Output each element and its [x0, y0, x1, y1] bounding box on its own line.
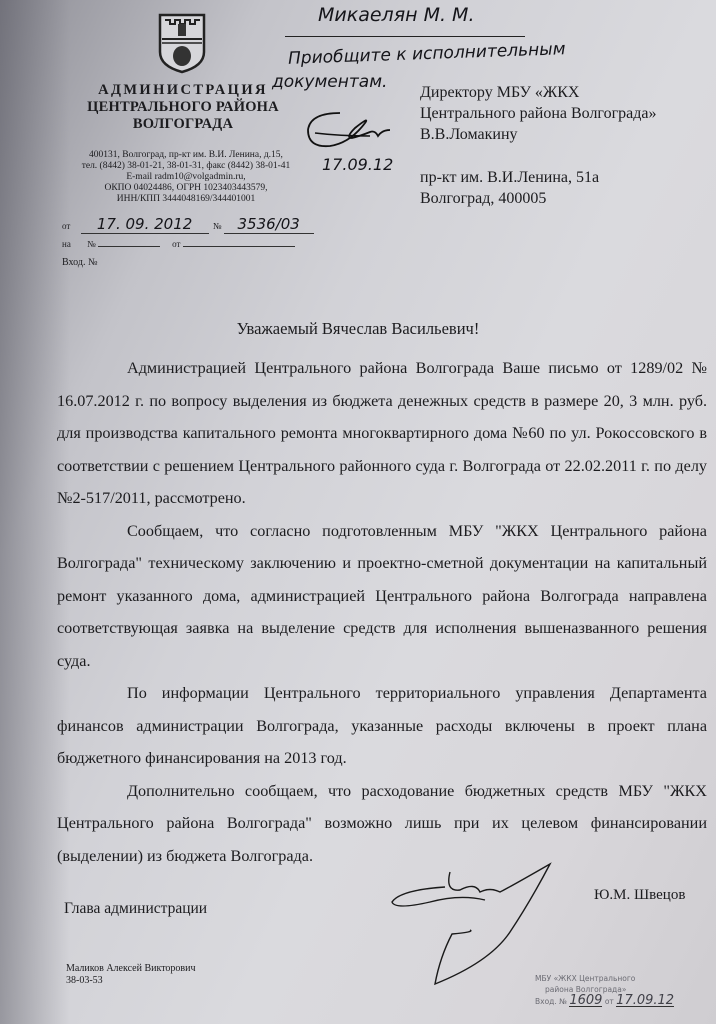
resolution-date: 17.09.12 — [322, 155, 393, 174]
resolution-text-line1: Приобщите к исполнительным — [288, 39, 566, 69]
number-label: № — [213, 221, 222, 231]
incoming-label: Вход. № — [62, 257, 98, 268]
stamp-incoming-label: Вход. № — [535, 997, 567, 1006]
signatory-title: Глава администрации — [64, 900, 207, 918]
reply-to-registration: на № от — [62, 236, 342, 254]
org-name-line: ЦЕНТРАЛЬНОГО РАЙОНА — [78, 99, 288, 116]
resolution-text-line2: документам. — [272, 72, 387, 92]
letter-body: Администрацией Центрального района Волго… — [57, 352, 707, 872]
addressee-block: Директору МБУ «ЖКХ Центрального района В… — [420, 82, 710, 209]
resolution-signature-icon — [300, 108, 405, 153]
contact-address: 400131, Волгоград, пр-кт им. В.И. Ленина… — [62, 150, 310, 161]
paragraph: Сообщаем, что согласно подготовленным МБ… — [57, 515, 707, 678]
on-number-label: № — [87, 239, 96, 249]
stamp-org-line: МБУ «ЖКХ Центрального — [535, 973, 674, 984]
addressee-line: Центрального района Волгограда» — [420, 103, 710, 124]
stamp-number: 1609 — [569, 995, 602, 1007]
on-label: на — [62, 239, 71, 249]
organization-contacts: 400131, Волгоград, пр-кт им. В.И. Ленина… — [62, 150, 310, 205]
paragraph: По информации Центрального территориальн… — [57, 677, 707, 775]
stamp-from-label: от — [605, 997, 614, 1006]
contact-okpo-ogrn: ОКПО 04024486, ОГРН 1023403443579, — [62, 183, 310, 194]
outgoing-date: 17. 09. 2012 — [81, 215, 209, 234]
coat-of-arms-icon — [157, 12, 207, 74]
salutation: Уважаемый Вячеслав Васильевич! — [0, 319, 716, 339]
contact-email: E-mail radm10@volgadmin.ru, — [62, 172, 310, 183]
org-name-line: ВОЛГОГРАДА — [78, 116, 288, 133]
paragraph: Администрацией Центрального района Волго… — [57, 352, 707, 515]
on-from-label: от — [172, 239, 180, 249]
resolution-recipient: Микаелян М. М. — [318, 4, 475, 26]
paragraph: Дополнительно сообщаем, что расходование… — [57, 775, 707, 873]
from-label: от — [62, 221, 70, 231]
addressee-address-line: Волгоград, 400005 — [420, 188, 710, 209]
outgoing-registration: от 17. 09. 2012 № 3536/03 — [62, 215, 342, 235]
resolution-divider — [285, 36, 525, 37]
contact-inn-kpp: ИНН/КПП 3444048169/344401001 — [62, 194, 310, 205]
organization-name: АДМИНИСТРАЦИЯ ЦЕНТРАЛЬНОГО РАЙОНА ВОЛГОГ… — [78, 82, 288, 133]
contact-phones: тел. (8442) 38-01-21, 38-01-31, факс (84… — [62, 161, 310, 172]
on-date-blank — [183, 236, 295, 247]
addressee-line: В.В.Ломакину — [420, 124, 710, 145]
executor-phone: 38-03-53 — [66, 975, 196, 987]
addressee-address-line: пр-кт им. В.И.Ленина, 51а — [420, 167, 710, 188]
executor-name: Маликов Алексей Викторович — [66, 963, 196, 975]
outgoing-number: 3536/03 — [224, 215, 314, 234]
signatory-name: Ю.М. Швецов — [594, 887, 685, 904]
org-name-line: АДМИНИСТРАЦИЯ — [78, 82, 288, 99]
on-number-blank — [98, 236, 160, 247]
stamp-date: 17.09.12 — [616, 995, 674, 1007]
stamp-registration: Вход. № 1609 от 17.09.12 — [535, 995, 674, 1007]
executor-block: Маликов Алексей Викторович 38-03-53 — [66, 963, 196, 987]
incoming-stamp: МБУ «ЖКХ Центрального района Волгограда»… — [535, 973, 674, 1007]
addressee-line: Директору МБУ «ЖКХ — [420, 82, 710, 103]
